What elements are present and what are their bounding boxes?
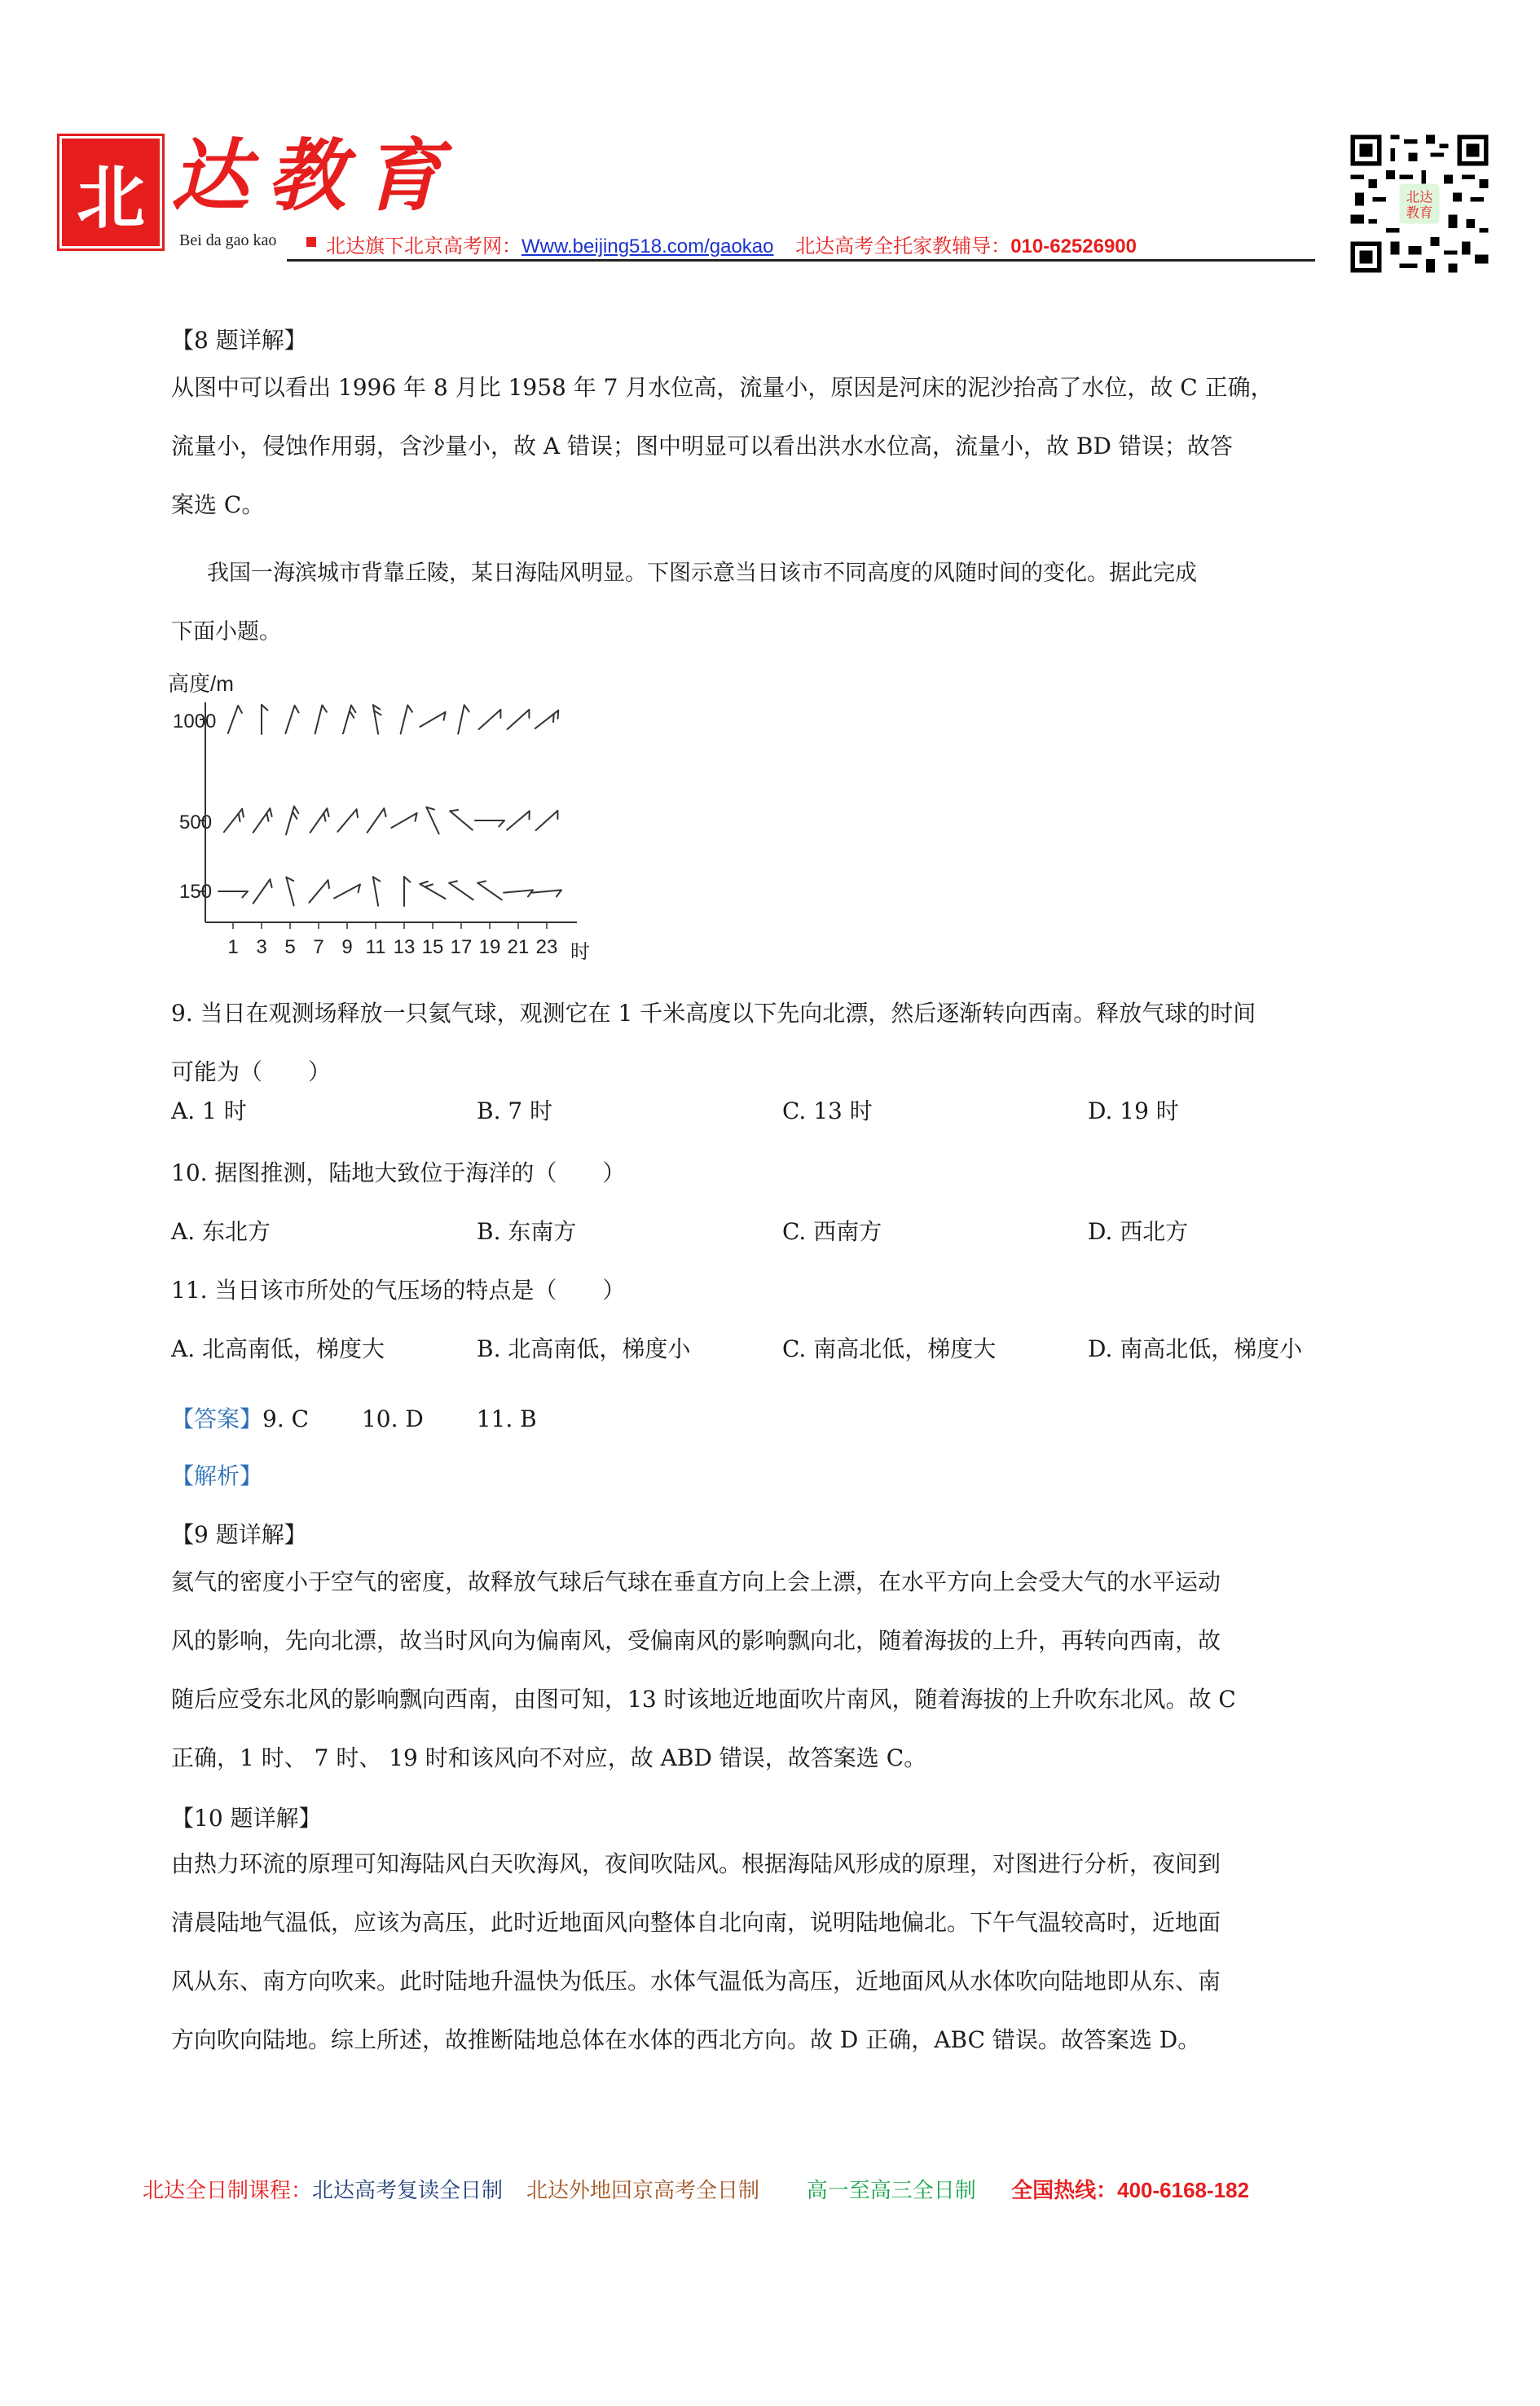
x-tick-label: 23 [536, 936, 558, 958]
q9-detail-line: 风的影响，先向北漂，故当时风向为偏南风，受偏南风的影响飘向北，随着海拔的上升，再… [171, 1612, 1401, 1670]
x-tick-label: 21 [508, 936, 530, 958]
logo-text: 达教育 [171, 137, 460, 215]
answer-line: 【答案】9. C 10. D 11. B [171, 1401, 537, 1434]
x-tick-label: 13 [394, 936, 416, 958]
wind-barb-icon [391, 813, 416, 828]
q9-option-a[interactable]: A. 1 时 [171, 1093, 477, 1126]
y-tick-150: 150 [179, 881, 212, 903]
q8-detail-line: 案选 C。 [171, 476, 1401, 534]
wind-barb-icon [420, 882, 445, 899]
x-tick-label: 9 [341, 936, 352, 958]
page-footer: 北达全日制课程：北达高考复读全日制 北达外地回京高考全日制 高一至高三全日制 全… [143, 2174, 1249, 2204]
q9-option-c[interactable]: C. 13 时 [782, 1093, 1088, 1126]
footer-hotline-label: 全国热线： [1011, 2178, 1117, 2202]
wind-barb-icon [310, 808, 329, 832]
q10-option-b[interactable]: B. 东南方 [477, 1214, 782, 1247]
footer-course-return[interactable]: 北达外地回京高考全日制 [526, 2178, 759, 2202]
bullet-square-icon [306, 237, 316, 247]
wind-barb-icon [420, 712, 445, 727]
q10-option-d[interactable]: D. 西北方 [1088, 1214, 1393, 1247]
q8-detail-heading: 【8 题详解】 [171, 324, 307, 357]
q8-detail-body: 从图中可以看出 1996 年 8 月比 1958 年 7 月水位高，流量小，原因… [171, 358, 1401, 534]
q9-detail-line: 氦气的密度小于空气的密度，故释放气球后气球在垂直方向上会上漂，在水平方向上会受大… [171, 1553, 1401, 1612]
wind-barb-icon [508, 710, 530, 729]
question-9-stem: 9. 当日在观测场释放一只氦气球，观测它在 1 千米高度以下先向北漂，然后逐渐转… [171, 984, 1410, 1043]
q8-detail-line: 流量小，侵蚀作用弱，含沙量小，故 A 错误；图中明显可以看出洪水水位高，流量小，… [171, 417, 1401, 476]
x-tick-label: 1 [227, 936, 238, 958]
x-tick-label: 3 [256, 936, 266, 958]
q9-option-b[interactable]: B. 7 时 [477, 1093, 782, 1126]
q10-detail-body: 由热力环流的原理可知海陆风白天吹海风，夜间吹陆风。根据海陆风形成的原理，对图进行… [171, 1835, 1401, 2070]
intro-line: 下面小题。 [171, 603, 1401, 662]
wind-barb-chart: 高度/m 1000 500 150 1357911131517192123 时 [163, 660, 978, 970]
answer-tag: 【答案】 [171, 1405, 262, 1432]
wind-barb-icon [228, 706, 242, 733]
wind-barb-icon [536, 811, 558, 830]
qr-code-icon: 北达 教育 [1346, 130, 1493, 277]
wind-barb-icon [337, 809, 358, 832]
footer-hotline-number: 400-6168-182 [1117, 2178, 1249, 2202]
wind-barb-icon [532, 890, 561, 896]
wind-barb-icon [450, 810, 473, 830]
wind-barb-svg: 高度/m 1000 500 150 1357911131517192123 时 [163, 660, 978, 970]
q11-option-a[interactable]: A. 北高南低，梯度大 [171, 1331, 477, 1364]
wind-barb-icon [253, 808, 272, 832]
wind-barb-icon [309, 880, 329, 903]
question-intro: 我国一海滨城市背靠丘陵，某日海陆风明显。下图示意当日该市不同高度的风随时间的变化… [171, 544, 1401, 662]
page-header: 北 达教育 Bei da gao kao 北达旗下北京高考网：Www.beiji… [0, 0, 1540, 293]
q10-detail-line: 风从东、南方向吹来。此时陆地升温快为低压。水体气温低为高压，近地面风从水体吹向陆… [171, 1952, 1401, 2011]
question-11-stem: 11. 当日该市所处的气压场的特点是（ ） [171, 1273, 625, 1305]
q10-detail-line: 由热力环流的原理可知海陆风白天吹海风，夜间吹陆风。根据海陆风形成的原理，对图进行… [171, 1835, 1401, 1894]
tagline-prefix: 北达旗下北京高考网： [326, 235, 521, 257]
wind-barb-icon [401, 706, 412, 734]
q10-detail-line: 清晨陆地气温低，应该为高压，此时近地面风向整体自北向南，说明陆地偏北。下午气温较… [171, 1894, 1401, 1952]
logo-subtitle: Bei da gao kao [179, 231, 276, 250]
header-divider [287, 259, 1315, 262]
wind-barb-icon [373, 705, 381, 733]
wind-barb-icon [367, 808, 386, 832]
q9-detail-body: 氦气的密度小于空气的密度，故释放气球后气球在垂直方向上会上漂，在水平方向上会受大… [171, 1553, 1401, 1788]
q10-option-a[interactable]: A. 东北方 [171, 1214, 477, 1247]
svg-text:教育: 教育 [1406, 205, 1433, 220]
wind-barb-icon [262, 705, 267, 734]
x-tick-label: 7 [313, 936, 323, 958]
wind-barb-icon [475, 820, 504, 826]
footer-course-repeat[interactable]: 北达高考复读全日制 [312, 2178, 503, 2202]
answer-values: 9. C 10. D 11. B [262, 1405, 537, 1432]
x-axis-label: 时 [570, 940, 590, 963]
tutoring-label: 北达高考全托家教辅导： [795, 235, 1010, 257]
question-9-options: A. 1 时 B. 7 时 C. 13 时 D. 19 时 [171, 1093, 1410, 1126]
wind-barb-icon [253, 879, 272, 903]
x-tick-label: 17 [451, 936, 473, 958]
wind-barb-icon [458, 705, 469, 733]
gaokao-website-link[interactable]: Www.beijing518.com/gaokao [521, 235, 774, 257]
wind-barb-icon [404, 877, 410, 906]
question-10-options: A. 东北方 B. 东南方 C. 西南方 D. 西北方 [171, 1214, 1410, 1247]
q10-option-c[interactable]: C. 西南方 [782, 1214, 1088, 1247]
question-10-stem: 10. 据图推测，陆地大致位于海洋的（ ） [171, 1155, 625, 1188]
x-tick-label: 19 [479, 936, 501, 958]
q9-detail-line: 正确，1 时、 7 时、 19 时和该风向不对应，故 ABD 错误，故答案选 C… [171, 1729, 1401, 1788]
logo-seal: 北 [62, 139, 160, 246]
wind-barb-icon [373, 877, 381, 905]
wind-barb-icon [334, 885, 360, 899]
footer-course-highschool[interactable]: 高一至高三全日制 [807, 2178, 976, 2202]
x-tick-label: 5 [284, 936, 295, 958]
intro-line: 我国一海滨城市背靠丘陵，某日海陆风明显。下图示意当日该市不同高度的风随时间的变化… [171, 544, 1401, 603]
q9-detail-heading: 【9 题详解】 [171, 1519, 307, 1551]
wind-barb-icon [315, 706, 327, 734]
q9-detail-line: 随后应受东北风的影响飘向西南，由图可知，13 时该地近地面吹片南风，随着海拔的上… [171, 1670, 1401, 1729]
svg-text:北达: 北达 [1406, 189, 1433, 205]
wind-barb-icon [477, 881, 501, 900]
y-axis-label: 高度/m [168, 671, 234, 696]
header-tagline: 北达旗下北京高考网：Www.beijing518.com/gaokao 北达高考… [326, 230, 1137, 258]
wind-barb-icon [343, 706, 355, 734]
wind-barb-icon [224, 809, 244, 832]
wind-barb-icon [507, 811, 530, 829]
wind-barb-icon [535, 710, 558, 728]
wind-barb-icon [218, 891, 248, 897]
q11-option-d[interactable]: D. 南高北低，梯度小 [1088, 1331, 1393, 1364]
wind-barb-icon [449, 881, 473, 900]
analysis-tag: 【解析】 [171, 1458, 262, 1491]
q11-option-b[interactable]: B. 北高南低，梯度小 [477, 1331, 782, 1364]
wind-barb-icon [426, 807, 438, 834]
q10-detail-heading: 【10 题详解】 [171, 1802, 322, 1835]
q8-detail-line: 从图中可以看出 1996 年 8 月比 1958 年 7 月水位高，流量小，原因… [171, 358, 1401, 417]
q9-option-d[interactable]: D. 19 时 [1088, 1093, 1393, 1126]
wind-barb-icon [286, 807, 298, 835]
question-11-options: A. 北高南低，梯度大 B. 北高南低，梯度小 C. 南高北低，梯度大 D. 南… [171, 1331, 1410, 1364]
wind-barb-icon [286, 878, 293, 906]
y-tick-1000: 1000 [173, 710, 216, 732]
footer-courses-label: 北达全日制课程： [143, 2178, 312, 2202]
x-tick-label: 15 [422, 936, 444, 958]
tutoring-phone: 010-62526900 [1010, 235, 1137, 257]
y-tick-500: 500 [179, 812, 212, 834]
q11-option-c[interactable]: C. 南高北低，梯度大 [782, 1331, 1088, 1364]
wind-barb-icon [504, 890, 533, 896]
q10-detail-line: 方向吹向陆地。综上所述，故推断陆地总体在水体的西北方向。故 D 正确，ABC 错… [171, 2011, 1401, 2070]
x-tick-label: 11 [366, 936, 386, 958]
question-9: 9. 当日在观测场释放一只氦气球，观测它在 1 千米高度以下先向北漂，然后逐渐转… [171, 984, 1410, 1102]
wind-barb-icon [285, 706, 298, 733]
wind-barb-icon [479, 710, 501, 729]
